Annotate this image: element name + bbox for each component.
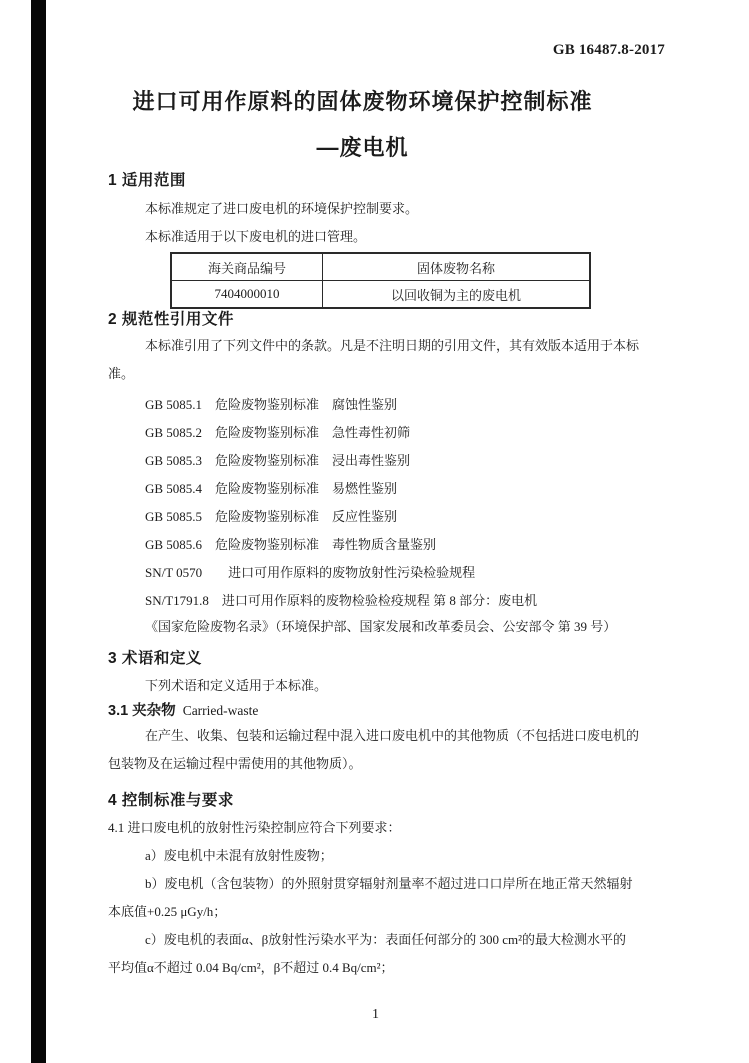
reference-item: GB 5085.6 危险废物鉴别标准 毒性物质含量鉴别 bbox=[145, 536, 436, 553]
table-row: 7404000010 以回收铜为主的废电机 bbox=[171, 281, 590, 309]
term-label: 3.1 夹杂物 bbox=[108, 703, 176, 719]
document-page: GB 16487.8-2017 进口可用作原料的固体废物环境保护控制标准 —废电… bbox=[0, 0, 749, 1063]
reference-item: GB 5085.4 危险废物鉴别标准 易燃性鉴别 bbox=[145, 480, 397, 497]
document-title-line2: —废电机 bbox=[0, 131, 725, 162]
reference-item: SN/T 0570 进口可用作原料的废物放射性污染检验规程 bbox=[145, 564, 475, 581]
term-definition-line2: 包装物及在运输过程中需使用的其他物质）。 bbox=[108, 755, 362, 772]
clause-4-1-item-b-line2: 本底值+0.25 μGy/h； bbox=[108, 903, 226, 920]
reference-item: GB 5085.1 危险废物鉴别标准 腐蚀性鉴别 bbox=[145, 396, 397, 413]
clause-4-1: 4.1 进口废电机的放射性污染控制应符合下列要求： bbox=[108, 819, 401, 836]
clause-4-1-item-a: a）废电机中未混有放射性废物； bbox=[145, 847, 333, 864]
hs-code-table: 海关商品编号 固体废物名称 7404000010 以回收铜为主的废电机 bbox=[170, 252, 591, 309]
clause-4-1-item-c-line2: 平均值α不超过 0.04 Bq/cm²，β不超过 0.4 Bq/cm²； bbox=[108, 959, 394, 976]
page-number: 1 bbox=[372, 1007, 379, 1023]
reference-item: GB 5085.2 危险废物鉴别标准 急性毒性初筛 bbox=[145, 424, 410, 441]
term-definition-heading: 3.1 夹杂物Carried-waste bbox=[108, 699, 258, 720]
section1-heading: 1 适用范围 bbox=[108, 168, 186, 190]
reference-item: 《国家危险废物名录》（环境保护部、国家发展和改革委员会、公安部令 第 39 号） bbox=[145, 618, 616, 635]
section2-heading: 2 规范性引用文件 bbox=[108, 307, 234, 329]
term-definition-line1: 在产生、收集、包装和运输过程中混入进口废电机中的其他物质（不包括进口废电机的 bbox=[145, 727, 639, 744]
clause-4-1-item-b-line1: b）废电机（含包装物）的外照射贯穿辐射剂量率不超过进口口岸所在地正常天然辐射 bbox=[145, 875, 633, 892]
section2-intro-line1: 本标准引用了下列文件中的条款。凡是不注明日期的引用文件，其有效版本适用于本标 bbox=[145, 337, 639, 354]
term-english-name: Carried-waste bbox=[183, 703, 259, 718]
reference-item: GB 5085.3 危险废物鉴别标准 浸出毒性鉴别 bbox=[145, 452, 410, 469]
document-code: GB 16487.8-2017 bbox=[553, 42, 665, 59]
reference-item: SN/T1791.8 进口可用作原料的废物检验检疫规程 第 8 部分：废电机 bbox=[145, 592, 537, 609]
table-cell-waste-name: 以回收铜为主的废电机 bbox=[323, 281, 591, 309]
clause-4-1-item-c-line1: c）废电机的表面α、β放射性污染水平为：表面任何部分的 300 cm²的最大检测… bbox=[145, 931, 626, 948]
table-header-waste-name: 固体废物名称 bbox=[323, 253, 591, 281]
reference-item: GB 5085.5 危险废物鉴别标准 反应性鉴别 bbox=[145, 508, 397, 525]
section3-intro: 下列术语和定义适用于本标准。 bbox=[145, 677, 327, 694]
table-header-hs-code: 海关商品编号 bbox=[171, 253, 323, 281]
section1-paragraph1: 本标准规定了进口废电机的环境保护控制要求。 bbox=[145, 200, 418, 217]
table-cell-hs-code: 7404000010 bbox=[171, 281, 323, 309]
table-header-row: 海关商品编号 固体废物名称 bbox=[171, 253, 590, 281]
document-title-line1: 进口可用作原料的固体废物环境保护控制标准 bbox=[0, 85, 725, 116]
section3-heading: 3 术语和定义 bbox=[108, 646, 202, 668]
section4-heading: 4 控制标准与要求 bbox=[108, 788, 234, 810]
section1-paragraph2: 本标准适用于以下废电机的进口管理。 bbox=[145, 228, 366, 245]
section2-intro-line2: 准。 bbox=[108, 365, 134, 382]
